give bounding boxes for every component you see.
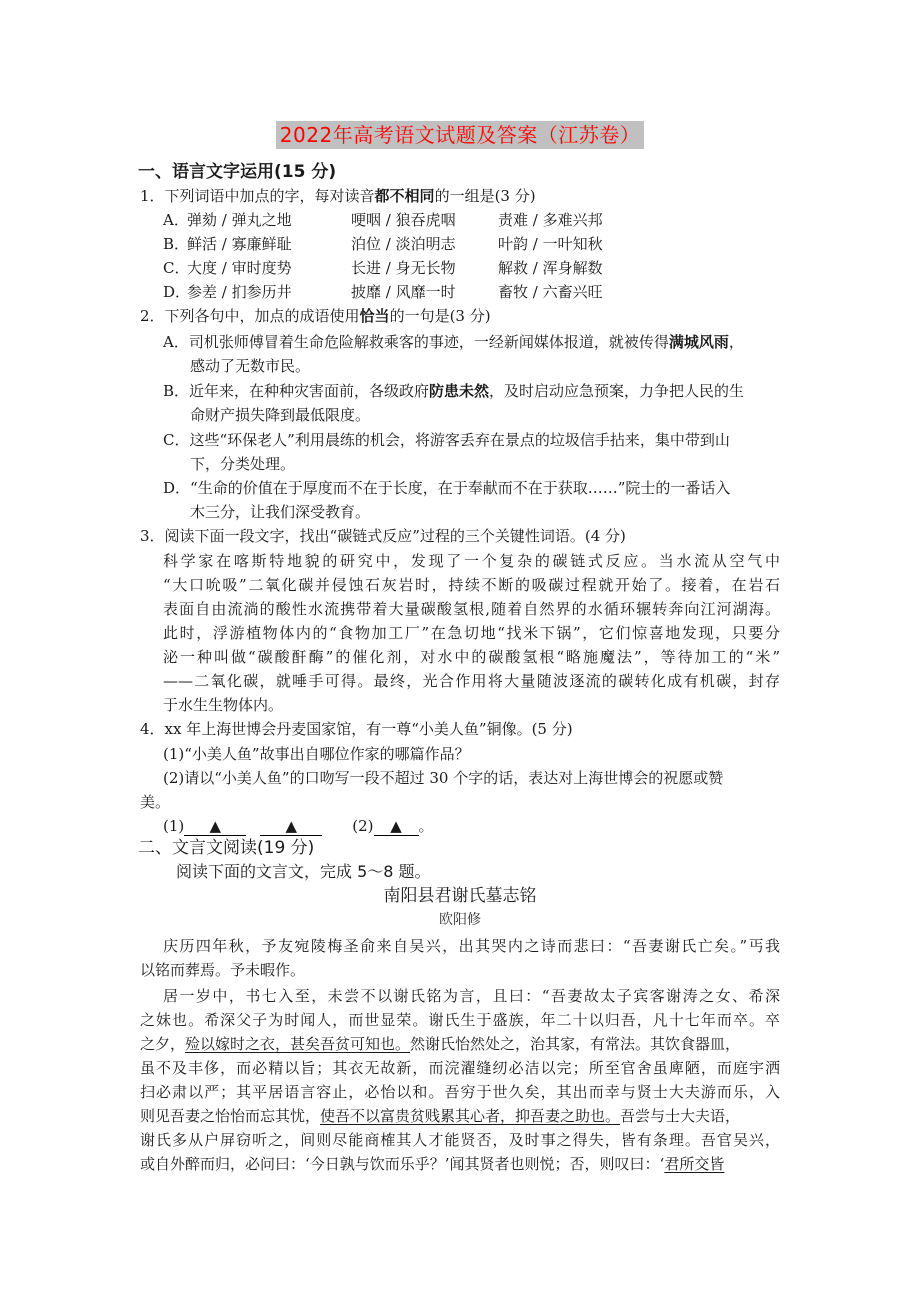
option-label: A． bbox=[163, 209, 187, 231]
option-text: ，及时启动应急预案，力争把人民的生 bbox=[489, 382, 744, 400]
option-item: 畜牧 / 六畜兴旺 bbox=[498, 281, 603, 303]
article-line: 扫必肃以严；其平居语言容止，必怡以和。吾穷于世久矣，其出而幸与贤士大夫游而乐，入 bbox=[140, 1081, 780, 1103]
q3-passage-line: 表面自由流淌的酸性水流携带着大量碳酸氢根,随着自然界的水循环辗转奔向江河湖海。 bbox=[163, 598, 780, 620]
option-idiom: 满城风雨 bbox=[669, 333, 729, 351]
option-item: 参差 / 扪参历井 bbox=[187, 281, 351, 303]
article-text: 之夕， bbox=[140, 1035, 185, 1053]
title-container: 2022年高考语文试题及答案（江苏卷） bbox=[0, 121, 920, 149]
article-text: 则见吾妻之怡怡而忘其忧， bbox=[140, 1107, 320, 1125]
article-text: 或自外醉而归，必问曰：‘今日孰与饮而乐乎？’闻其贤者也则悦；否，则叹曰：‘ bbox=[140, 1155, 664, 1173]
section-heading-1: 一、语言文字运用(15 分) bbox=[138, 161, 336, 183]
option-item: 泊位 / 淡泊明志 bbox=[351, 233, 498, 255]
article-text: 吾尝与士大夫语， bbox=[620, 1107, 740, 1125]
option-item: 长进 / 身无长物 bbox=[351, 257, 498, 279]
article-title: 南阳县君谢氏墓志铭 bbox=[0, 885, 920, 907]
option-item: 解救 / 浑身解数 bbox=[498, 257, 603, 279]
end-mark: 。 bbox=[419, 817, 434, 835]
article-text: 然谢氏怡然处之，治其家，有常法。其饮食器皿， bbox=[410, 1035, 740, 1053]
q3-passage-line: “大口吮吸”二氧化碳并侵蚀石灰岩时，持续不断的吸碳过程就开始了。接着，在岩石 bbox=[163, 574, 780, 596]
q2-stem-points: 的一句是(3 分) bbox=[390, 307, 491, 325]
q1-option-c: C．大度 / 审时度势长进 / 身无长物解救 / 浑身解数 bbox=[163, 257, 603, 279]
answer-label: (2) bbox=[352, 817, 373, 835]
q3-passage-line: 泌一种叫做“碳酸酐酶”的催化剂，对水中的碳酸氢根“略施魔法”，等待加工的“米” bbox=[163, 646, 780, 668]
option-text: B．近年来，在种种灾害面前，各级政府 bbox=[163, 382, 429, 400]
answer-blank[interactable]: ▲ bbox=[374, 817, 419, 836]
article-line: 庆历四年秋，予友宛陵梅圣俞来自吴兴，出其哭内之诗而悲曰：“吾妻谢氏亡矣。”丐我 bbox=[163, 935, 780, 957]
q2-option-a: A．司机张师傅冒着生命危险解救乘客的事迹，一经新闻媒体报道，就被传得满城风雨， bbox=[163, 331, 744, 353]
q4-sub1: (1)“小美人鱼”故事出自哪位作家的哪篇作品？ bbox=[163, 743, 470, 765]
option-item: 大度 / 审时度势 bbox=[187, 257, 351, 279]
q1-stem-points: 的一组是(3 分) bbox=[435, 187, 536, 205]
q3-stem: 3．阅读下面一段文字，找出“碳链式反应”过程的三个关键性词语。(4 分) bbox=[140, 525, 626, 547]
option-item: 哽咽 / 狼吞虎咽 bbox=[351, 209, 498, 231]
page-title: 2022年高考语文试题及答案（江苏卷） bbox=[276, 121, 644, 149]
article-line: 之妹也。希深父子为时闻人，而世显荣。谢氏生于盛族，年二十以归吾，凡十七年而卒。卒 bbox=[140, 1009, 780, 1031]
option-item: 弹劾 / 弹丸之地 bbox=[187, 209, 351, 231]
q2-option-c-cont: 下，分类处理。 bbox=[190, 453, 295, 475]
answer-blank[interactable]: ▲ bbox=[184, 817, 246, 836]
option-label: D． bbox=[163, 281, 187, 303]
article-line: 居一岁中，书七入至，未尝不以谢氏铭为言，且曰：“吾妻故太子宾客谢涛之女、希深 bbox=[163, 985, 780, 1007]
q3-passage-line: ——二氧化碳，就唾手可得。最终，光合作用将大量随波逐流的碳转化成有机碳，封存 bbox=[163, 670, 780, 692]
q2-stem-emphasis: 恰当 bbox=[360, 307, 390, 325]
option-label: B． bbox=[163, 233, 187, 255]
q2-option-c: C．这些“环保老人”利用晨练的机会，将游客丢弃在景点的垃圾信手拈来，集中带到山 bbox=[163, 429, 730, 451]
q4-sub2-cont: 美。 bbox=[140, 791, 170, 813]
article-line: 之夕，殓以嫁时之衣，甚矣吾贫可知也。然谢氏怡然处之，治其家，有常法。其饮食器皿， bbox=[140, 1033, 740, 1055]
q1-stem-emphasis: 都不相同 bbox=[375, 187, 435, 205]
answer-label: (1) bbox=[163, 817, 184, 835]
q3-passage-line: 此时，浮游植物体内的“食物加工厂”在急切地“找米下锅”，它们惊喜地发现，只要分 bbox=[163, 622, 780, 644]
q4-sub2: (2)请以“小美人鱼”的口吻写一段不超过 30 个字的话，表达对上海世博会的祝愿… bbox=[163, 767, 723, 789]
article-line: 谢氏多从户屏窃听之，间则尽能商榷其人才能贤否，及时事之得失，皆有条理。吾官吴兴， bbox=[140, 1129, 780, 1151]
q1-stem-text: 1．下列词语中加点的字，每对读音 bbox=[140, 187, 375, 205]
q4-stem: 4．xx 年上海世博会丹麦国家馆，有一尊“小美人鱼”铜像。(5 分) bbox=[140, 718, 573, 740]
q2-option-b-cont: 命财产损失降到最低限度。 bbox=[190, 404, 370, 426]
option-item: 披靡 / 风靡一时 bbox=[351, 281, 498, 303]
q2-stem-text: 2．下列各句中，加点的成语使用 bbox=[140, 307, 360, 325]
option-idiom: 防患未然 bbox=[429, 382, 489, 400]
article-line: 或自外醉而归，必问曰：‘今日孰与饮而乐乎？’闻其贤者也则悦；否，则叹曰：‘君所交… bbox=[140, 1153, 724, 1175]
q2-stem: 2．下列各句中，加点的成语使用恰当的一句是(3 分) bbox=[140, 305, 491, 327]
option-item: 鲜活 / 寡廉鲜耻 bbox=[187, 233, 351, 255]
q1-option-b: B．鲜活 / 寡廉鲜耻泊位 / 淡泊明志叶韵 / 一叶知秋 bbox=[163, 233, 603, 255]
q2-option-d-cont: 木三分，让我们深受教育。 bbox=[190, 501, 370, 523]
article-line: 虽不及丰侈，而必精以旨；其衣无故新，而浣濯缝纫必洁以完；所至官舍虽庳陋，而庭宇洒 bbox=[140, 1057, 780, 1079]
q3-passage-line: 科学家在喀斯特地貌的研究中，发现了一个复杂的碳链式反应。当水流从空气中 bbox=[163, 550, 780, 572]
section2-instruction: 阅读下面的文言文，完成 5～8 题。 bbox=[176, 861, 431, 883]
q1-option-d: D．参差 / 扪参历井披靡 / 风靡一时畜牧 / 六畜兴旺 bbox=[163, 281, 603, 303]
article-author: 欧阳修 bbox=[0, 909, 920, 931]
q1-stem: 1．下列词语中加点的字，每对读音都不相同的一组是(3 分) bbox=[140, 185, 536, 207]
q3-passage-line: 于水生生物体内。 bbox=[163, 694, 283, 716]
q2-option-a-cont: 感动了无数市民。 bbox=[190, 355, 310, 377]
answer-blank[interactable]: ▲ bbox=[260, 817, 322, 836]
underlined-sentence: 殓以嫁时之衣，甚矣吾贫可知也。 bbox=[185, 1035, 410, 1053]
section-heading-2: 二、文言文阅读(19 分) bbox=[138, 837, 314, 859]
option-text: ， bbox=[729, 333, 744, 351]
option-text: A．司机张师傅冒着生命危险解救乘客的事迹，一经新闻媒体报道，就被传得 bbox=[163, 333, 669, 351]
option-label: C． bbox=[163, 257, 187, 279]
option-item: 叶韵 / 一叶知秋 bbox=[498, 233, 603, 255]
article-line: 以铭而葬焉。予未暇作。 bbox=[140, 959, 305, 981]
q1-option-a: A．弹劾 / 弹丸之地哽咽 / 狼吞虎咽责难 / 多难兴邦 bbox=[163, 209, 603, 231]
q2-option-d: D．“生命的价值在于厚度而不在于长度，在于奉献而不在于获取……”院士的一番话入 bbox=[163, 477, 730, 499]
underlined-sentence: 使吾不以富贵贫贱累其心者，抑吾妻之助也。 bbox=[320, 1107, 620, 1125]
article-line: 则见吾妻之怡怡而忘其忧，使吾不以富贵贫贱累其心者，抑吾妻之助也。吾尝与士大夫语， bbox=[140, 1105, 740, 1127]
option-item: 责难 / 多难兴邦 bbox=[498, 209, 603, 231]
underlined-sentence: 君所交皆 bbox=[664, 1155, 724, 1173]
q4-answer-line: (1)▲▲(2)▲。 bbox=[163, 815, 434, 837]
q2-option-b: B．近年来，在种种灾害面前，各级政府防患未然，及时启动应急预案，力争把人民的生 bbox=[163, 380, 744, 402]
document-page: 2022年高考语文试题及答案（江苏卷） 一、语言文字运用(15 分) 1．下列词… bbox=[0, 0, 920, 1302]
